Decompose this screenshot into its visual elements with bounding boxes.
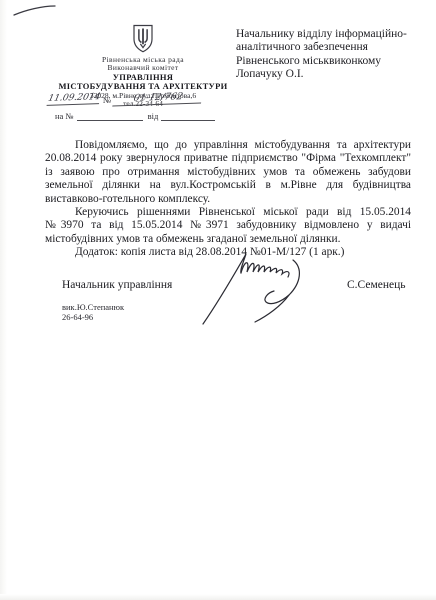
recipient-line: Рівненського міськвиконкому [236, 55, 426, 68]
executor-name: вик.Ю.Степанюк [62, 302, 124, 312]
body-paragraph-2: Керуючись рішеннями Рівненської міської … [45, 206, 411, 246]
letter-body: Повідомляємо, що до управління містобуду… [45, 139, 411, 260]
executor-phone: 26-64-96 [62, 312, 124, 322]
scanned-letter-page: Рівненська міська рада Виконавчий коміте… [0, 0, 436, 600]
pen-stroke-mark [12, 3, 58, 18]
signer-name: С.Семенець [347, 279, 406, 291]
executor-block: вик.Ю.Степанюк 26-64-96 [62, 302, 124, 322]
ref-number-label: на № [55, 111, 74, 121]
recipient-block: Начальнику відділу інформаційно- аналіти… [236, 28, 426, 82]
handwritten-signature [193, 250, 325, 328]
ref-number-blank [77, 111, 143, 121]
recipient-line: Лопачуку О.І. [236, 68, 426, 81]
trident-emblem-icon [131, 24, 155, 54]
handwritten-outgoing-number: 01-12/762 [112, 90, 203, 106]
handwritten-date: 11.09.2014 [47, 92, 102, 106]
incoming-reference-line: на № від [55, 111, 215, 121]
recipient-line: Начальнику відділу інформаційно- [236, 28, 426, 41]
number-sign-label: № [103, 95, 111, 105]
ref-date-blank [161, 111, 215, 121]
signer-title: Начальник управління [62, 279, 172, 291]
outgoing-reference-line: 11.09.2014 № 01-12/762 [48, 92, 208, 105]
ref-from-label: від [148, 111, 159, 121]
recipient-line: аналітичного забезпечення [236, 41, 426, 54]
body-paragraph-1: Повідомляємо, що до управління містобуду… [45, 139, 411, 206]
